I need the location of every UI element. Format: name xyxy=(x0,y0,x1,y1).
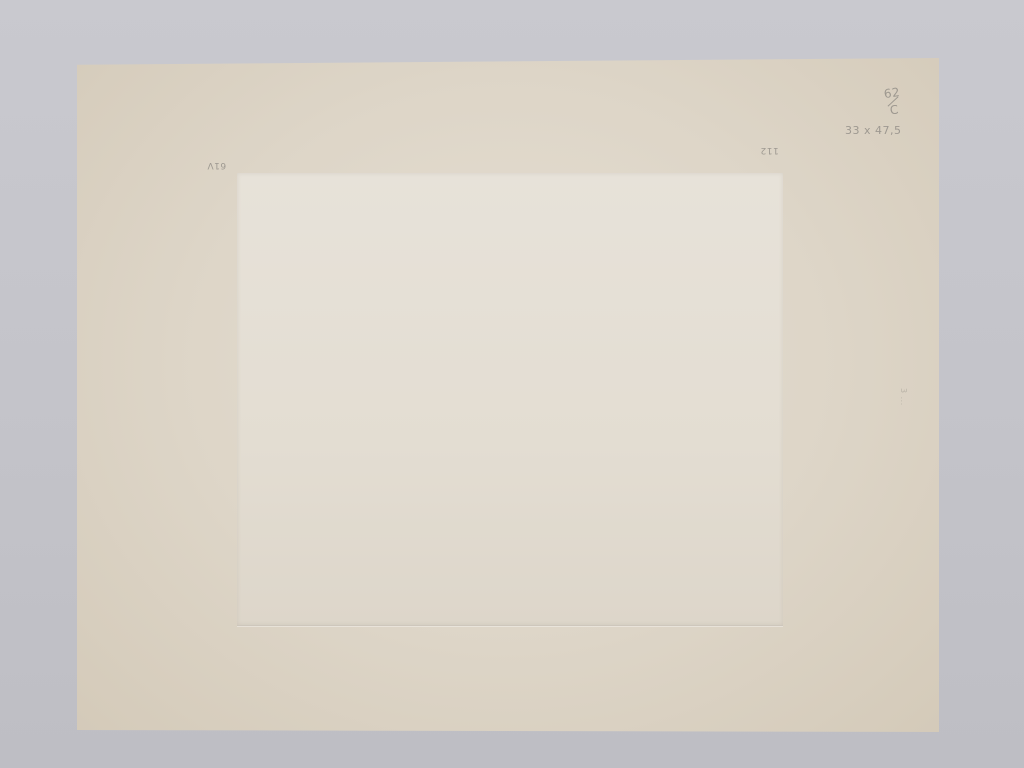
fraction-numerator: 62 xyxy=(883,85,901,101)
pencil-note-left: 61V xyxy=(207,160,226,170)
pencil-note-right: 112 xyxy=(760,145,779,155)
pencil-note-vertical: 3 ... xyxy=(899,388,908,406)
fraction-denominator: C xyxy=(889,102,900,117)
pencil-note-fraction: 62 C xyxy=(883,85,903,118)
plate-mark xyxy=(237,173,783,626)
paper-sheet: 61V 112 62 C 33 x 47,5 3 ... xyxy=(77,58,939,732)
pencil-note-dimensions: 33 x 47,5 xyxy=(845,124,902,137)
